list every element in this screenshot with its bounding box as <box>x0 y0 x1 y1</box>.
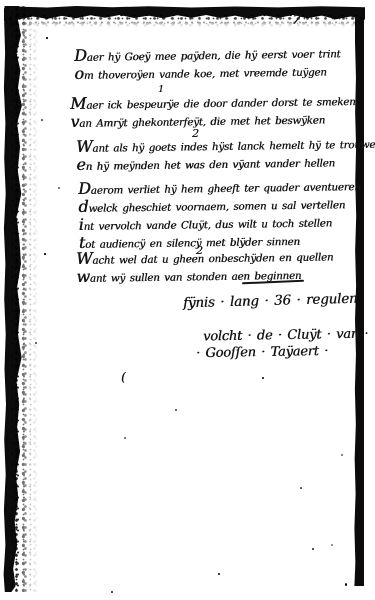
verse-line: en hÿ meÿnden het was den vÿant vander h… <box>76 153 375 175</box>
verse-line: want wÿ sullen van stonden aen beginnen <box>76 265 333 287</box>
colophon-line-2: · Gooſſen · Taÿaert · <box>196 344 328 361</box>
stanza: Maer ick bespeurÿe die door dander dorst… <box>70 92 356 132</box>
stanza-marker-1: 1 <box>158 84 164 95</box>
verse-line: om thoveroÿen vande koe, met vreemde tuÿ… <box>74 62 341 84</box>
finis-line: fÿnis · lang · 36 · regulen <box>183 291 358 312</box>
stanza: Daer hÿ Goeÿ mee paÿden, die hÿ eerst vo… <box>74 44 341 84</box>
left-border-band <box>3 6 33 592</box>
manuscript-page: 7 ( 1 2 2 Daer hÿ Goeÿ mee paÿden, die h… <box>0 0 375 600</box>
stanza: Daerom verliet hÿ hem gheeft ter quader … <box>78 177 362 253</box>
top-border-band <box>4 6 365 21</box>
stray-paren-mark: ( <box>121 370 125 384</box>
colophon-line-1: volcht · de · Cluÿt · van · <box>203 327 369 345</box>
stray-seven-mark: 7 <box>291 13 301 29</box>
verse-line: van Amrÿt ghekonterfeÿt, die met het bes… <box>70 110 356 132</box>
stanza: Want als hÿ goets indes hÿst lanck hemel… <box>76 135 375 175</box>
